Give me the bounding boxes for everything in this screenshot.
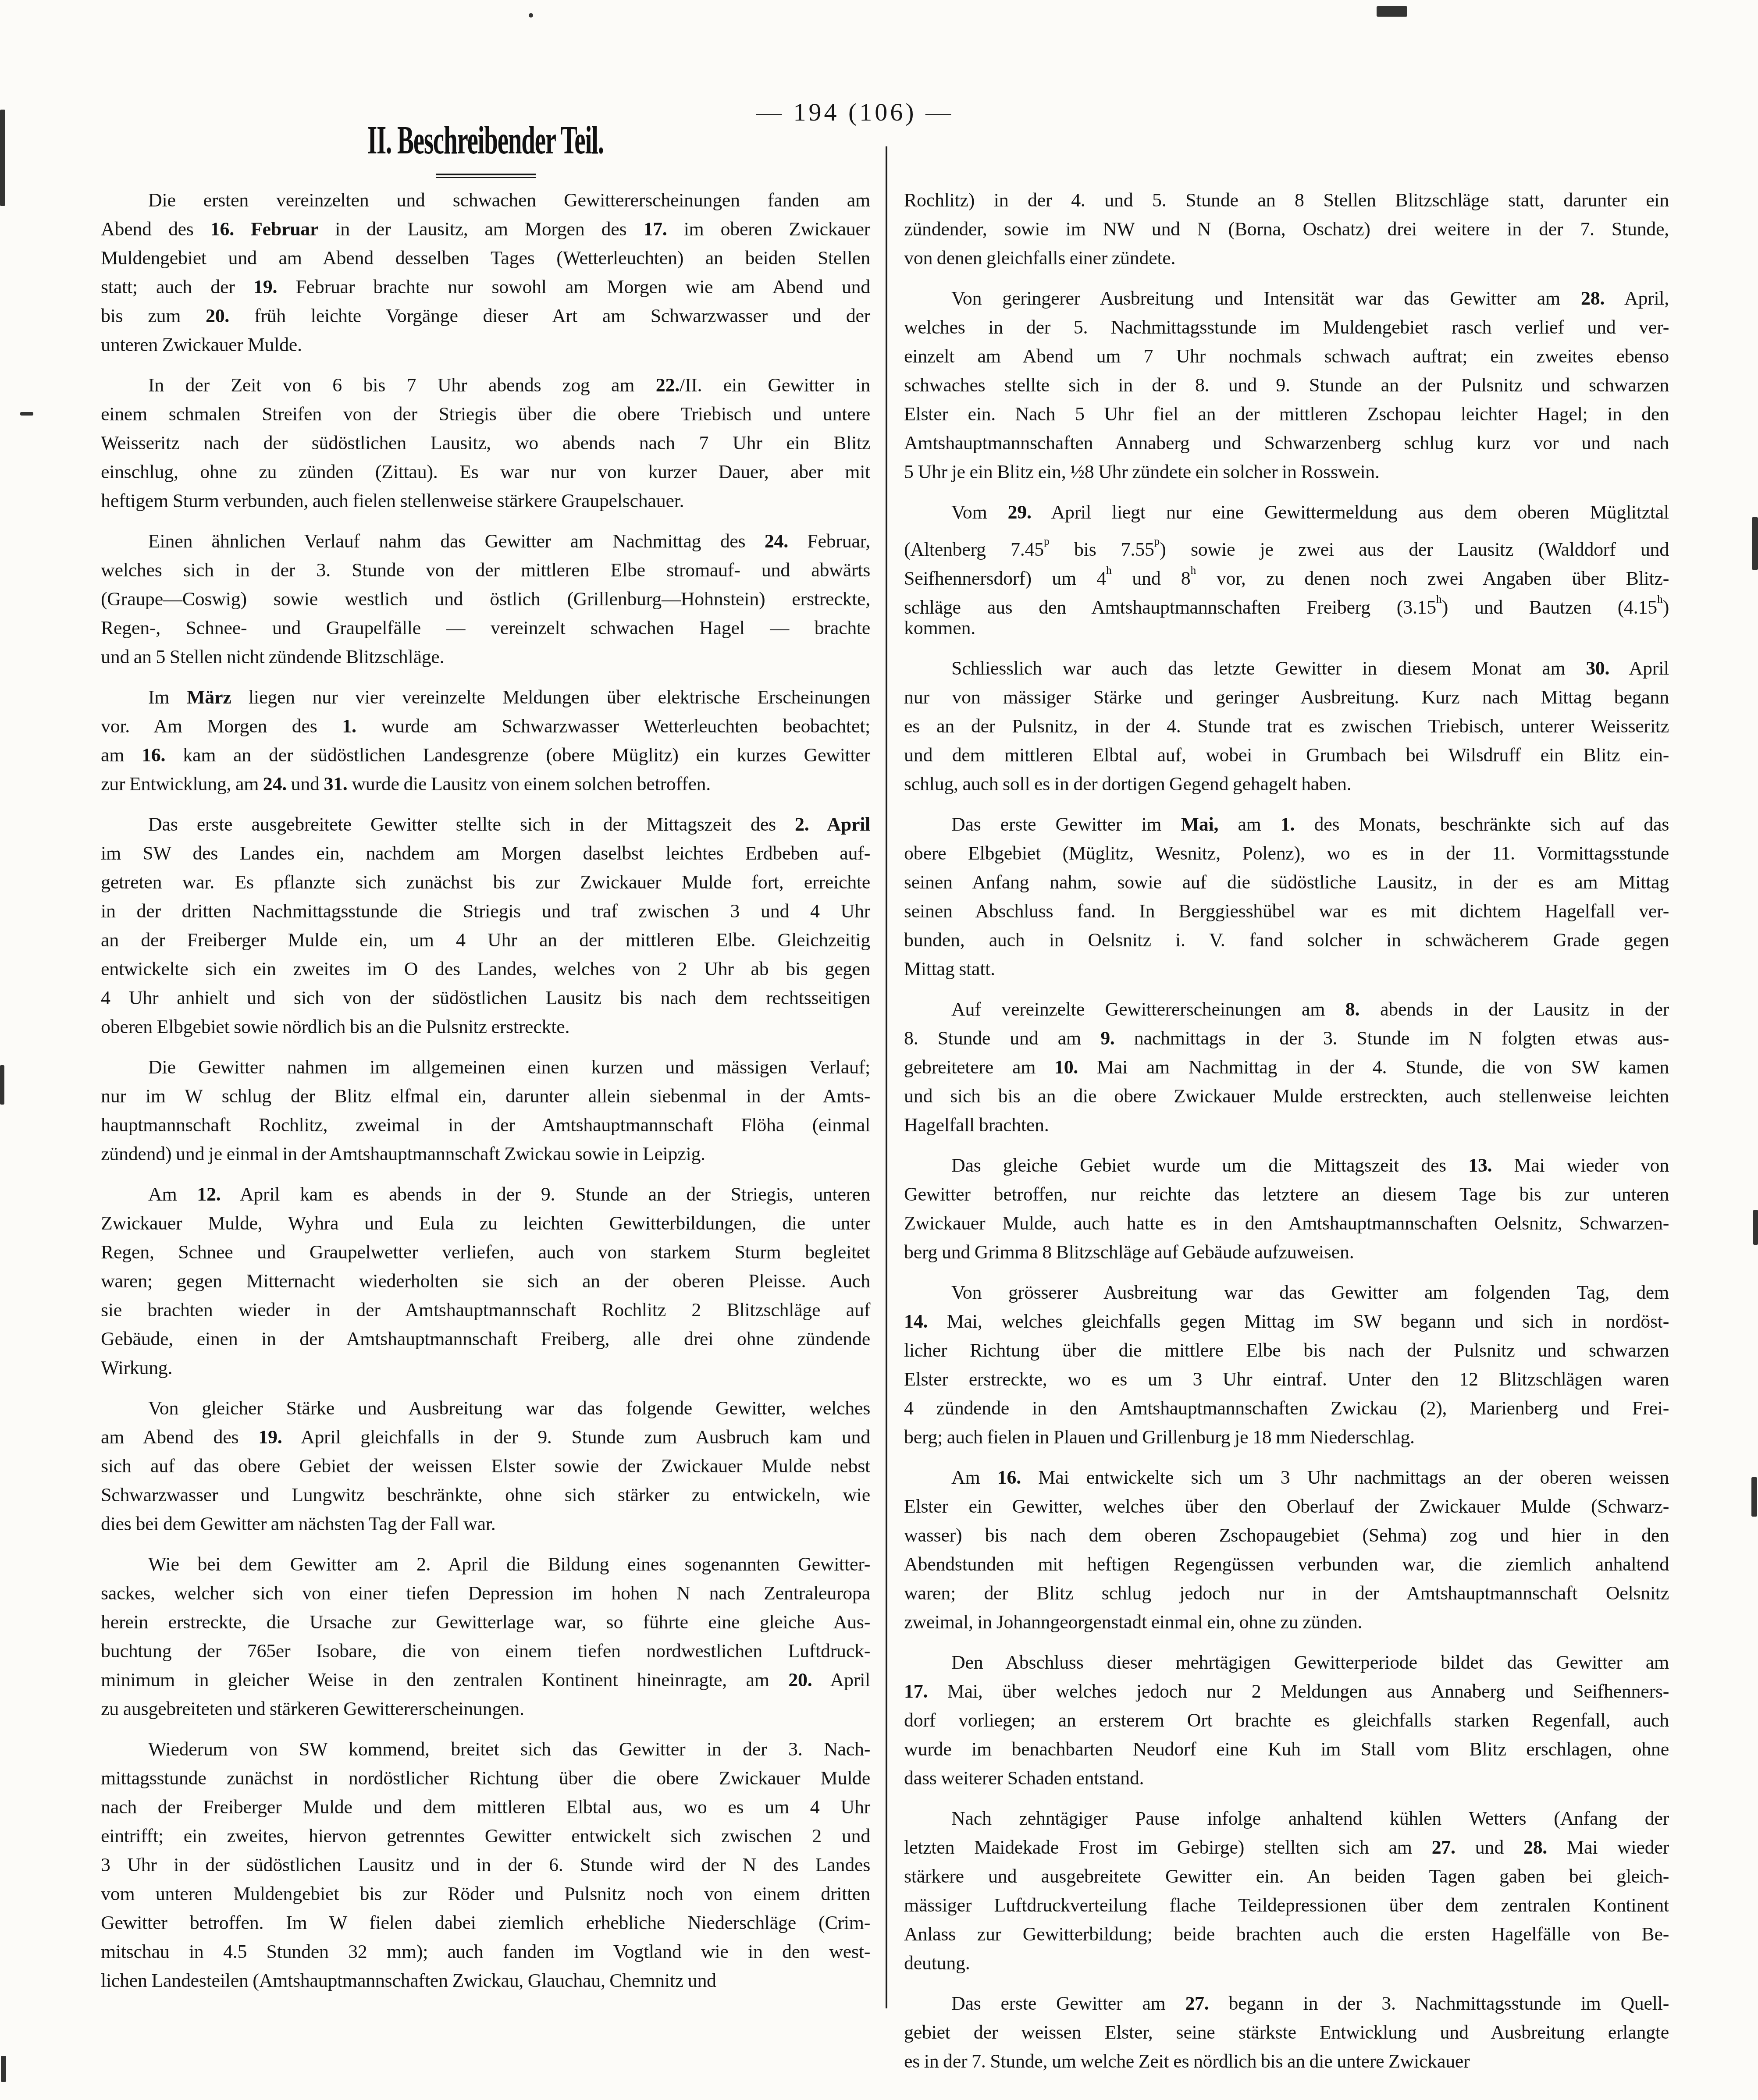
text-line: einzelt am Abend um 7 Uhr nochmals schwa…: [904, 342, 1669, 371]
right-text-column: Rochlitz) in der 4. und 5. Stunde an 8 S…: [904, 186, 1669, 2076]
text-line: (Altenberg 7.45p bis 7.55p) sowie je zwe…: [904, 527, 1669, 556]
text-line: dies bei dem Gewitter am nächsten Tag de…: [101, 1510, 870, 1539]
text-line: welches in der 5. Nachmittagsstunde im M…: [904, 313, 1669, 342]
text-line: zweimal, in Johanngeorgenstadt einmal ei…: [904, 1608, 1669, 1637]
text-line: es an der Pulsnitz, in der 4. Stunde tra…: [904, 712, 1669, 741]
paragraph: Im März liegen nur vier vereinzelte Meld…: [101, 683, 870, 799]
text-line: deutung.: [904, 1949, 1669, 1978]
paragraph: Von geringerer Ausbreitung und Intensitä…: [904, 284, 1669, 487]
text-line: Gewitter betroffen. Im W fielen dabei zi…: [101, 1908, 870, 1937]
text-line: am 16. kam an der südöstlichen Landesgre…: [101, 741, 870, 770]
text-line: vom unteren Muldengebiet bis zur Röder u…: [101, 1880, 870, 1908]
text-line: sich auf das obere Gebiet der weissen El…: [101, 1452, 870, 1481]
paragraph: Am 12. April kam es abends in der 9. Stu…: [101, 1180, 870, 1382]
text-line: Wie bei dem Gewitter am 2. April die Bil…: [101, 1550, 870, 1579]
paragraph: Schliesslich war auch das letzte Gewitte…: [904, 654, 1669, 799]
text-line: Abend des 16. Februar in der Lausitz, am…: [101, 215, 870, 244]
text-line: und sich bis an die obere Zwickauer Muld…: [904, 1082, 1669, 1111]
text-line: Regen-, Schnee- und Graupelfälle — verei…: [101, 614, 870, 643]
text-line: Elster ein Gewitter, welches über den Ob…: [904, 1492, 1669, 1521]
text-line: mittagsstunde zunächst in nordöstlicher …: [101, 1764, 870, 1793]
text-line: Am 12. April kam es abends in der 9. Stu…: [101, 1180, 870, 1209]
text-line: Gebäude, einen in der Amtshauptmannschaf…: [101, 1325, 870, 1354]
text-line: Das erste Gewitter im Mai, am 1. des Mon…: [904, 810, 1669, 839]
text-line: zu ausgebreiteten und stärkeren Gewitter…: [101, 1695, 870, 1723]
text-line: Schwarzwasser und Lungwitz beschränkte, …: [101, 1481, 870, 1510]
text-line: an der Freiberger Mulde ein, um 4 Uhr an…: [101, 926, 870, 955]
text-line: 8. Stunde und am 9. nachmittags in der 3…: [904, 1024, 1669, 1053]
text-line: Einen ähnlichen Verlauf nahm das Gewitte…: [101, 527, 870, 556]
text-line: von denen gleichfalls einer zündete.: [904, 244, 1669, 273]
text-line: Auf vereinzelte Gewittererscheinungen am…: [904, 995, 1669, 1024]
paragraph: Das erste Gewitter am 27. begann in der …: [904, 1989, 1669, 2076]
text-line: Das erste ausgebreitete Gewitter stellte…: [101, 810, 870, 839]
text-line: Von grösserer Ausbreitung war das Gewitt…: [904, 1278, 1669, 1307]
text-line: sie brachten wieder in der Amtshauptmann…: [101, 1296, 870, 1325]
margin-dash-mark: [20, 412, 33, 416]
text-line: waren; der Blitz schlug jedoch nur in de…: [904, 1579, 1669, 1608]
text-line: bis zum 20. früh leichte Vorgänge dieser…: [101, 302, 870, 330]
text-line: Regen, Schnee und Graupelwetter verliefe…: [101, 1238, 870, 1267]
paragraph: Von grösserer Ausbreitung war das Gewitt…: [904, 1278, 1669, 1452]
text-line: obere Elbgebiet (Müglitz, Wesnitz, Polen…: [904, 839, 1669, 868]
scan-artifact: [1377, 6, 1407, 17]
paragraph: Das erste Gewitter im Mai, am 1. des Mon…: [904, 810, 1669, 984]
text-line: heftigem Sturm verbunden, auch fielen st…: [101, 487, 870, 515]
text-line: wasser) bis nach dem oberen Zschopaugebi…: [904, 1521, 1669, 1550]
text-line: oberen Elbgebiet sowie nördlich bis an d…: [101, 1013, 870, 1041]
text-line: schwaches stellte sich in der 8. und 9. …: [904, 371, 1669, 400]
text-line: Wiederum von SW kommend, breitet sich da…: [101, 1735, 870, 1764]
paragraph: Auf vereinzelte Gewittererscheinungen am…: [904, 995, 1669, 1140]
paragraph: Rochlitz) in der 4. und 5. Stunde an 8 S…: [904, 186, 1669, 273]
text-line: Rochlitz) in der 4. und 5. Stunde an 8 S…: [904, 186, 1669, 215]
paragraph: Die ersten vereinzelten und schwachen Ge…: [101, 186, 870, 359]
text-line: Vom 29. April liegt nur eine Gewittermel…: [904, 498, 1669, 527]
paragraph: Nach zehntägiger Pause infolge anhaltend…: [904, 1804, 1669, 1978]
text-line: nach der Freiberger Mulde und dem mittle…: [101, 1793, 870, 1822]
text-line: Wirkung.: [101, 1354, 870, 1382]
title-underline-rule: [436, 174, 536, 178]
text-line: In der Zeit von 6 bis 7 Uhr abends zog a…: [101, 371, 870, 400]
text-line: im SW des Landes ein, nachdem am Morgen …: [101, 839, 870, 868]
text-line: Schliesslich war auch das letzte Gewitte…: [904, 654, 1669, 683]
text-line: letzten Maidekade Frost im Gebirge) stel…: [904, 1833, 1669, 1862]
text-line: zündend) und je einmal in der Amtshauptm…: [101, 1140, 870, 1169]
text-line: gebiet der weissen Elster, seine stärkst…: [904, 2018, 1669, 2047]
text-line: Mittag statt.: [904, 955, 1669, 984]
text-line: lichen Landesteilen (Amtshauptmannschaft…: [101, 1966, 870, 1995]
text-line: mässiger Luftdruckverteilung flache Teil…: [904, 1891, 1669, 1920]
text-line: 17. Mai, über welches jedoch nur 2 Meldu…: [904, 1677, 1669, 1706]
text-line: vor. Am Morgen des 1. wurde am Schwarzwa…: [101, 712, 870, 741]
left-text-column: Die ersten vereinzelten und schwachen Ge…: [101, 186, 870, 1995]
section-title-wrap: II. Beschreibender Teil.: [101, 117, 870, 163]
column-divider-rule: [886, 146, 887, 2008]
text-line: mitschau in 4.5 Stunden 32 mm); auch fan…: [101, 1937, 870, 1966]
text-line: und dem mittleren Elbtal auf, wobei in G…: [904, 741, 1669, 770]
text-line: Abendstunden mit heftigen Regengüssen ve…: [904, 1550, 1669, 1579]
text-line: seinen Abschluss fand. In Berggiesshübel…: [904, 897, 1669, 926]
text-line: 4 Uhr anhielt und sich von der südöstlic…: [101, 984, 870, 1013]
text-line: Am 16. Mai entwickelte sich um 3 Uhr nac…: [904, 1463, 1669, 1492]
text-line: Den Abschluss dieser mehrtägigen Gewitte…: [904, 1648, 1669, 1677]
text-line: berg; auch fielen in Plauen und Grillenb…: [904, 1423, 1669, 1452]
scan-artifact: [1, 2056, 6, 2082]
text-line: Elster ein. Nach 5 Uhr fiel an der mittl…: [904, 400, 1669, 429]
scan-artifact: [0, 110, 5, 206]
text-line: und an 5 Stellen nicht zündende Blitzsch…: [101, 643, 870, 672]
text-line: einschlug, ohne zu zünden (Zittau). Es w…: [101, 458, 870, 487]
section-title: II. Beschreibender Teil.: [367, 117, 604, 163]
scan-artifact: [1752, 517, 1758, 570]
text-line: Elster erstreckte, wo es um 3 Uhr eintra…: [904, 1365, 1669, 1394]
text-line: Amtshauptmannschaften Annaberg und Schwa…: [904, 429, 1669, 458]
paragraph: Am 16. Mai entwickelte sich um 3 Uhr nac…: [904, 1463, 1669, 1637]
paragraph: Das gleiche Gebiet wurde um die Mittagsz…: [904, 1151, 1669, 1267]
scan-artifact: [529, 13, 533, 18]
text-line: herein erstreckte, die Ursache zur Gewit…: [101, 1608, 870, 1637]
text-line: sackes, welcher sich von einer tiefen De…: [101, 1579, 870, 1608]
text-line: 4 zündende in den Amtshauptmannschaften …: [904, 1394, 1669, 1423]
text-line: berg und Grimma 8 Blitzschläge auf Gebäu…: [904, 1238, 1669, 1267]
paragraph: Wiederum von SW kommend, breitet sich da…: [101, 1735, 870, 1995]
text-line: Von gleicher Stärke und Ausbreitung war …: [101, 1394, 870, 1423]
text-line: zündender, sowie im NW und N (Borna, Osc…: [904, 215, 1669, 244]
text-line: Die Gewitter nahmen im allgemeinen einen…: [101, 1053, 870, 1082]
text-line: stärkere und ausgebreitete Gewitter ein.…: [904, 1862, 1669, 1891]
text-line: bunden, auch in Oelsnitz i. V. fand solc…: [904, 926, 1669, 955]
text-line: Das erste Gewitter am 27. begann in der …: [904, 1989, 1669, 2018]
text-line: nur von mässiger Stärke und geringer Aus…: [904, 683, 1669, 712]
text-line: einem schmalen Streifen von der Striegis…: [101, 400, 870, 429]
text-line: Seifhennersdorf) um 4h und 8h vor, zu de…: [904, 556, 1669, 585]
text-line: Gewitter betroffen, nur reichte das letz…: [904, 1180, 1669, 1209]
paragraph: Vom 29. April liegt nur eine Gewittermel…: [904, 498, 1669, 643]
paragraph: Einen ähnlichen Verlauf nahm das Gewitte…: [101, 527, 870, 672]
text-line: seinen Anfang nahm, sowie auf die südöst…: [904, 868, 1669, 897]
text-line: am Abend des 19. April gleichfalls in de…: [101, 1423, 870, 1452]
scan-artifact: [1751, 1477, 1757, 1517]
text-line: Nach zehntägiger Pause infolge anhaltend…: [904, 1804, 1669, 1833]
text-line: statt; auch der 19. Februar brachte nur …: [101, 273, 870, 302]
text-line: Weisseritz nach der südöstlichen Lausitz…: [101, 429, 870, 458]
paragraph: Wie bei dem Gewitter am 2. April die Bil…: [101, 1550, 870, 1723]
text-line: unteren Zwickauer Mulde.: [101, 330, 870, 359]
text-line: in der dritten Nachmittagsstunde die Str…: [101, 897, 870, 926]
text-line: Hagelfall brachten.: [904, 1111, 1669, 1140]
text-line: Anlass zur Gewitterbildung; beide bracht…: [904, 1920, 1669, 1949]
text-line: waren; gegen Mitternacht wiederholten si…: [101, 1267, 870, 1296]
text-line: Zwickauer Mulde, auch hatte es in den Am…: [904, 1209, 1669, 1238]
text-line: eintrifft; ein zweites, hiervon getrennt…: [101, 1822, 870, 1851]
paragraph: Das erste ausgebreitete Gewitter stellte…: [101, 810, 870, 1041]
text-line: 14. Mai, welches gleichfalls gegen Mitta…: [904, 1307, 1669, 1336]
text-line: es in der 7. Stunde, um welche Zeit es n…: [904, 2047, 1669, 2076]
scan-artifact: [0, 1065, 4, 1105]
text-line: entwickelte sich ein zweites im O des La…: [101, 955, 870, 984]
text-line: getreten war. Es pflanzte sich zunächst …: [101, 868, 870, 897]
text-line: 5 Uhr je ein Blitz ein, ½8 Uhr zündete e…: [904, 458, 1669, 487]
scan-artifact: [1753, 1210, 1758, 1245]
text-line: gebreitetere am 10. Mai am Nachmittag in…: [904, 1053, 1669, 1082]
text-line: Von geringerer Ausbreitung und Intensitä…: [904, 284, 1669, 313]
text-line: nur im W schlug der Blitz elfmal ein, da…: [101, 1082, 870, 1111]
text-line: Im März liegen nur vier vereinzelte Meld…: [101, 683, 870, 712]
paragraph: Von gleicher Stärke und Ausbreitung war …: [101, 1394, 870, 1539]
text-line: Muldengebiet und am Abend desselben Tage…: [101, 244, 870, 273]
text-line: Zwickauer Mulde, Wyhra und Eula zu leich…: [101, 1209, 870, 1238]
text-line: schläge aus den Amtshauptmannschaften Fr…: [904, 585, 1669, 614]
scanned-document-page: { "page": { "header": "— 194 (106) —", "…: [0, 0, 1758, 2100]
text-line: minimum in gleicher Weise in den zentral…: [101, 1666, 870, 1695]
paragraph: In der Zeit von 6 bis 7 Uhr abends zog a…: [101, 371, 870, 515]
text-line: Die ersten vereinzelten und schwachen Ge…: [101, 186, 870, 215]
text-line: hauptmannschaft Rochlitz, zweimal in der…: [101, 1111, 870, 1140]
text-line: licher Richtung über die mittlere Elbe b…: [904, 1336, 1669, 1365]
text-line: schlug, auch soll es in der dortigen Geg…: [904, 770, 1669, 799]
text-line: Das gleiche Gebiet wurde um die Mittagsz…: [904, 1151, 1669, 1180]
text-line: (Graupe—Coswig) sowie westlich und östli…: [101, 585, 870, 614]
text-line: dass weiterer Schaden entstand.: [904, 1764, 1669, 1793]
text-line: wurde im benachbarten Neudorf eine Kuh i…: [904, 1735, 1669, 1764]
text-line: welches sich in der 3. Stunde von der mi…: [101, 556, 870, 585]
text-line: buchtung der 765er Isobare, die von eine…: [101, 1637, 870, 1666]
paragraph: Die Gewitter nahmen im allgemeinen einen…: [101, 1053, 870, 1169]
text-line: zur Entwicklung, am 24. und 31. wurde di…: [101, 770, 870, 799]
text-line: 3 Uhr in der südöstlichen Lausitz und in…: [101, 1851, 870, 1880]
paragraph: Den Abschluss dieser mehrtägigen Gewitte…: [904, 1648, 1669, 1793]
text-line: dorf vorliegen; an ersterem Ort brachte …: [904, 1706, 1669, 1735]
